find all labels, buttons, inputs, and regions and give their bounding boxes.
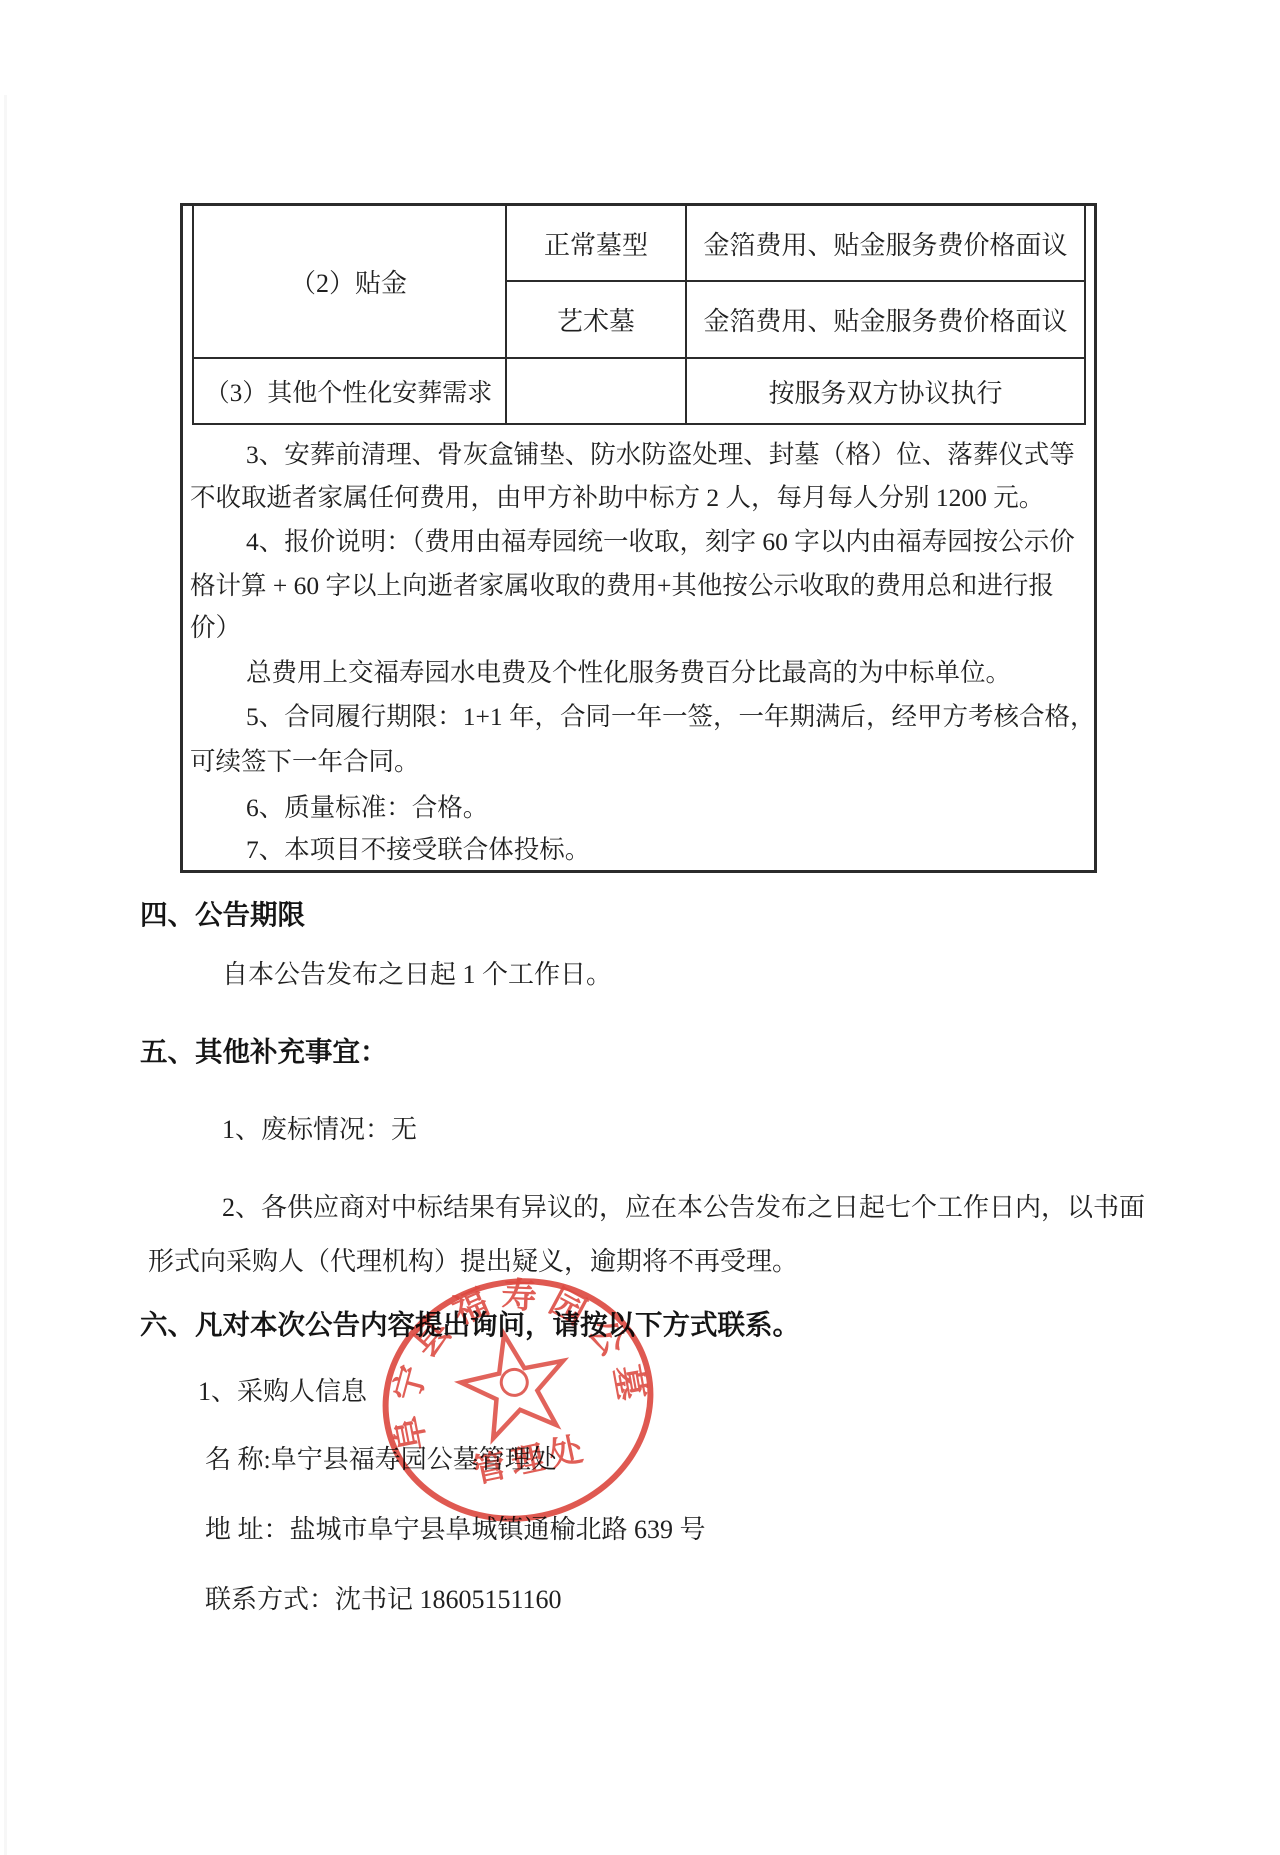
clause-line: 7、本项目不接受联合体投标。 — [246, 833, 590, 867]
svg-text:阜宁县福寿园公墓: 阜宁县福寿园公墓 — [363, 1250, 653, 1461]
table-cell-merged-item: （2）贴金 — [192, 206, 505, 357]
section-heading-four: 四、公告期限 — [140, 897, 305, 933]
clause-line: 格计算 + 60 字以上向逝者家属收取的费用+其他按公示收取的费用总和进行报 — [190, 569, 1054, 603]
table-cell-type: 正常墓型 — [507, 206, 685, 280]
section-body-four: 自本公告发布之日起 1 个工作日。 — [222, 957, 612, 993]
scan-edge-artifact — [4, 95, 7, 1855]
official-seal-icon: 阜宁县福寿园公墓 管理处 — [328, 1243, 708, 1557]
contact-phone: 联系方式：沈书记 18605151160 — [205, 1582, 562, 1618]
clause-line: 4、报价说明：（费用由福寿园统一收取，刻字 60 字以内由福寿园按公示价 — [246, 525, 1075, 559]
clause-line: 不收取逝者家属任何费用，由甲方补助中标方 2 人，每月每人分别 1200 元。 — [190, 481, 1044, 515]
table-grid-line — [1084, 206, 1086, 425]
table-grid-line — [192, 423, 1086, 425]
section-five-item2-line1: 2、各供应商对中标结果有异议的，应在本公告发布之日起七个工作日内，以书面 — [222, 1190, 1145, 1226]
document-page: （2）贴金 正常墓型 金箔费用、贴金服务费价格面议 艺术墓 金箔费用、贴金服务费… — [0, 0, 1280, 1855]
clause-line: 6、质量标准：合格。 — [246, 791, 488, 825]
seal-arc-text: 阜宁县福寿园公墓 — [363, 1250, 653, 1461]
clause-line: 价） — [190, 611, 241, 645]
clause-line: 可续签下一年合同。 — [190, 745, 420, 779]
clause-line: 总费用上交福寿园水电费及个性化服务费百分比最高的为中标单位。 — [246, 656, 1011, 690]
section-heading-five: 五、其他补充事宜： — [140, 1034, 388, 1070]
table-cell-desc: 金箔费用、贴金服务费价格面议 — [687, 206, 1084, 280]
table-cell-type: 艺术墓 — [507, 282, 685, 357]
clause-line: 5、合同履行期限：1+1 年，合同一年一签，一年期满后，经甲方考核合格， — [246, 700, 1096, 734]
table-cell-item: （3）其他个性化安葬需求 — [192, 359, 505, 423]
section-five-item1: 1、废标情况：无 — [222, 1112, 417, 1148]
clause-line: 3、安葬前清理、骨灰盒铺垫、防水防盗处理、封墓（格）位、落葬仪式等 — [246, 438, 1075, 472]
table-cell-desc: 金箔费用、贴金服务费价格面议 — [687, 282, 1084, 357]
table-cell-desc: 按服务双方协议执行 — [687, 359, 1084, 423]
seal-bottom-text: 管理处 — [470, 1430, 592, 1491]
